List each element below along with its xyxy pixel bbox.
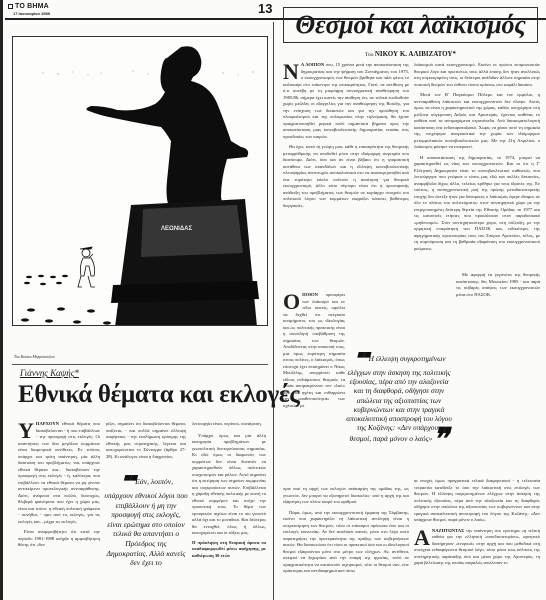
article-column-2: ρίζει, σημαίνει ότι διακυβεύονται θέματα…	[106, 421, 186, 465]
article-column-3: λειτουργία είναι, περίπου, συναίρεση. Υπ…	[192, 421, 266, 600]
right-column-2: λαϊκισμού κατά εκσυγχρονισμό. Εκείνο οι …	[414, 62, 540, 272]
drop-cap-o: Ο	[283, 293, 300, 311]
editorial-cartoon: ΛΕΩΝΙΔΑΣ	[12, 36, 268, 326]
article-byline: Γιάννης Καψής*	[20, 368, 79, 378]
right-column-2b: Με αφορμή τα γεγονότα της θεσμικής κατάσ…	[456, 272, 540, 462]
brand-box-icon	[8, 4, 13, 9]
right-column-2c: αι εποχές όμως πραγματικά τελικά διαφορε…	[414, 478, 540, 600]
page-edge	[0, 0, 3, 600]
pull-quote: ❝Εάν, λοιπόν, υπάρχουν εθνικοί λόγοι που…	[104, 475, 188, 600]
pedestal-label: ΛΕΩΝΙΔΑΣ	[161, 226, 192, 232]
brand-name: ΤΟ ΒΗΜΑ	[15, 3, 49, 10]
newspaper-brand: ΤΟ ΒΗΜΑ	[8, 3, 49, 10]
quote-close-icon: ❞	[432, 423, 448, 456]
right-article-title: Θεσμοί και λαϊκισμός	[284, 10, 537, 40]
right-column-1c: πριν από τη αρχή των εκλογών ανάκαμψη τη…	[283, 486, 409, 600]
right-article-title-box: Θεσμοί και λαϊκισμός	[283, 7, 538, 43]
right-article-byline: Του ΝΙΚΟΥ Κ. ΑΛΙΒΙΖΑΤΟΥ*	[283, 50, 538, 58]
article-column-1: ΥΠΑΡΧΟΥΝ εθνικά θέματα που διακυβεύονται…	[18, 421, 100, 600]
issue-date: 17 Ιανουαρίου 1989	[13, 11, 50, 16]
drop-cap-a: Α	[414, 529, 430, 547]
article-headline: Εθνικά θέματα και εκλογές	[18, 381, 299, 409]
right-pull-quote: ❝Η έλλειψη συγκροτημένων ελέγχων στην άσ…	[346, 352, 452, 482]
drop-cap-n: Ν	[283, 63, 299, 81]
right-column-1: ΝΑ ΛΟΙΠΟΝ που, 15 χρόνια μετά την αποκατ…	[283, 62, 409, 288]
cartoon-credit: Του Κώστα Μητρόπουλου	[14, 354, 55, 359]
column-divider	[273, 22, 274, 600]
right-column-1b: ΟΠΟΙΟΝ προσφέρει των λαϊκισμό και εν τέλ…	[283, 292, 345, 462]
drop-cap: Υ	[18, 422, 34, 440]
left-article: Γιάννης Καψής* Εθνικά θέματα και εκλογές…	[12, 364, 268, 600]
page-number: 13	[258, 1, 272, 16]
statue-silhouette-illustration: ΛΕΩΝΙΔΑΣ	[13, 37, 268, 326]
